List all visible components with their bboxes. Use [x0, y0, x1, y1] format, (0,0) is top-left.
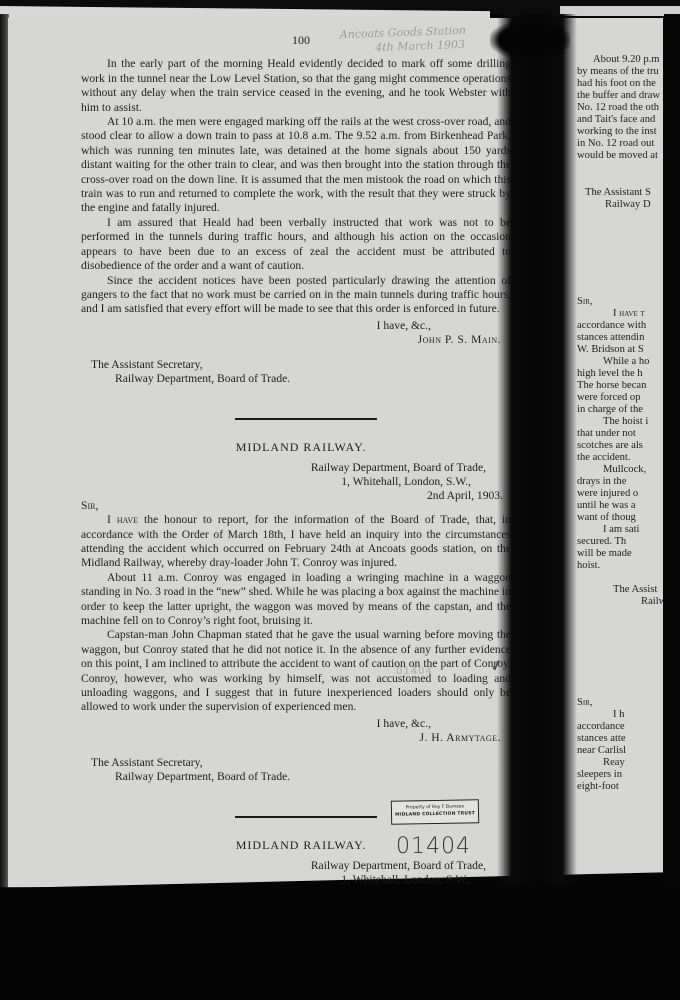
paragraph: About 11 a.m. Conroy was engaged in load…: [81, 571, 511, 629]
facing-line: accordance with: [577, 320, 667, 332]
facing-page-block-1: About 9.20 p.m by means of the tru had h…: [577, 54, 667, 162]
facing-line: will be made: [577, 548, 667, 560]
facing-line: Railw: [577, 596, 667, 608]
facing-line: drays in the: [577, 476, 667, 488]
main-text-column: 100 In the early part of the morning Hea…: [81, 33, 511, 969]
facing-line: W. Bridson at S: [577, 344, 667, 356]
letterhead-line-1: Railway Department, Board of Trade,: [81, 859, 511, 873]
facing-line: want of thoug: [577, 512, 667, 524]
facing-line: The hoist i: [577, 416, 667, 428]
book-spine-shadow-top: [490, 20, 570, 60]
signer-name: John P. S. Main.: [81, 333, 511, 347]
paper-top-edge-right: [560, 6, 680, 16]
addressee-line-1: The Assistant Secretary,: [91, 358, 511, 372]
facing-line: accordance: [577, 721, 667, 733]
stamp-line-2: MIDLAND COLLECTION TRUST: [392, 810, 478, 818]
facing-line: Sir,: [577, 697, 667, 709]
facing-line: were forced op: [577, 392, 667, 404]
facing-line: in charge of the: [577, 404, 667, 416]
collection-stamp: Property of Roy F Burrows MIDLAND COLLEC…: [391, 799, 479, 825]
section-divider: [235, 418, 377, 420]
addressee-line-1: The Assistant Secretary,: [91, 756, 511, 770]
addressee: The Assistant Secretary, Railway Departm…: [91, 756, 511, 785]
facing-line: scotches are als: [577, 440, 667, 452]
facing-line: The Assist: [577, 584, 667, 596]
facing-line: The horse becan: [577, 380, 667, 392]
section-divider: [235, 816, 377, 818]
ink-reference-number: 01404: [396, 834, 471, 859]
facing-line: had his foot on the: [577, 78, 667, 90]
facing-page-block-3: Sir, I have t accordance with stances at…: [577, 296, 667, 572]
facing-line: The Assistant S: [577, 187, 667, 199]
facing-page-block-2: The Assistant S Railway D: [577, 187, 667, 211]
facing-line: by means of the tru: [577, 66, 667, 78]
facing-line: in No. 12 road out: [577, 138, 667, 150]
facing-line: Mullcock,: [577, 464, 667, 476]
addressee-line-2: Railway Department, Board of Trade.: [91, 372, 511, 386]
facing-line: would be moved at: [577, 150, 667, 162]
paragraph: I am assured that Heald had been verball…: [81, 216, 511, 274]
facing-line: I have t: [577, 308, 667, 320]
paragraph: In the early part of the morning Heald e…: [81, 57, 511, 115]
facing-line: eight-foot: [577, 781, 667, 793]
facing-line: high level the h: [577, 368, 667, 380]
signoff: I have, &c.,: [81, 717, 511, 731]
facing-line: I am sati: [577, 524, 667, 536]
facing-line: secured. Th: [577, 536, 667, 548]
paragraph: Since the accident notices have been pos…: [81, 274, 511, 317]
facing-line: stances attendin: [577, 332, 667, 344]
facing-line: were injured o: [577, 488, 667, 500]
facing-line: the buffer and draw: [577, 90, 667, 102]
addressee-line-2: Railway Department, Board of Trade.: [91, 770, 511, 784]
scanner-bottom-border: [0, 885, 680, 1000]
facing-line: About 9.20 p.m: [577, 54, 667, 66]
facing-line: Reay: [577, 757, 667, 769]
facing-page-block-5: Sir, I h accordance stances atte near Ca…: [577, 697, 667, 793]
facing-line: sleepers in: [577, 769, 667, 781]
facing-line: near Carlisl: [577, 745, 667, 757]
facing-line: until he was a: [577, 500, 667, 512]
facing-line: Sir,: [577, 296, 667, 308]
pencil-reference-number: 01404: [396, 666, 433, 677]
paragraph: Capstan-man John Chapman stated that he …: [81, 628, 511, 714]
paragraph-text: the honour to report, for the informatio…: [81, 513, 511, 569]
opening-caps: I have: [107, 513, 138, 526]
facing-line: that under not: [577, 428, 667, 440]
paragraph: At 10 a.m. the men were engaged marking …: [81, 115, 511, 216]
letterhead-line-2: 1, Whitehall, London, S.W.,: [81, 873, 511, 887]
scanner-right-border: [664, 14, 680, 1000]
facing-line: No. 12 road the oth: [577, 102, 667, 114]
signoff: I have, &c.,: [81, 319, 511, 333]
facing-line: Railway D: [577, 199, 667, 211]
addressee: The Assistant Secretary, Railway Departm…: [91, 358, 511, 387]
facing-line: While a ho: [577, 356, 667, 368]
signer-name: J. H. Armytage.: [81, 731, 511, 745]
letterhead-line-2: 1, Whitehall, London, S.W.,: [81, 475, 511, 489]
book-left-edge: [0, 14, 9, 894]
facing-line: working to the inst: [577, 126, 667, 138]
facing-page-block-4: The Assist Railw: [577, 584, 667, 608]
facing-line: hoist.: [577, 560, 667, 572]
letterhead: Railway Department, Board of Trade, 1, W…: [81, 461, 511, 503]
letterhead-line-1: Railway Department, Board of Trade,: [81, 461, 511, 475]
paragraph: I have the honour to report, for the inf…: [81, 513, 511, 571]
facing-line: the accident.: [577, 452, 667, 464]
facing-line: and Tait's face and: [577, 114, 667, 126]
section-heading: MIDLAND RAILWAY.: [91, 440, 511, 454]
facing-line: stances atte: [577, 733, 667, 745]
facing-line: I h: [577, 709, 667, 721]
book-spine-shadow: [497, 14, 577, 899]
page-number: 100: [81, 33, 511, 47]
